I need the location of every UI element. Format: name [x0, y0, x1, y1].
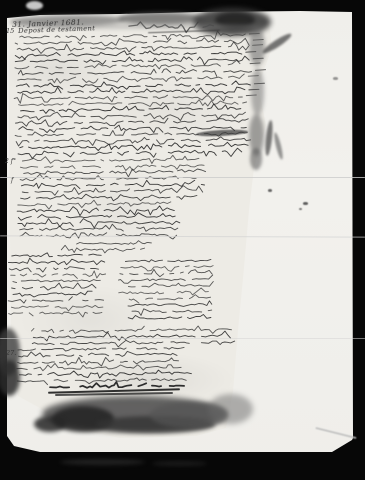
folio-number: 15 [6, 27, 14, 35]
manuscript-scan: 31. Janvier 1681. Depost de testament 15… [0, 0, 365, 480]
black-band-smudge-2 [152, 461, 207, 466]
margin-note-folio-ref: 2 f° [5, 158, 16, 165]
black-band-smudge-1 [60, 459, 145, 465]
margin-note-27: 27. [6, 349, 16, 357]
margin-note-f: f [11, 177, 13, 184]
white-nick-top [26, 1, 43, 10]
